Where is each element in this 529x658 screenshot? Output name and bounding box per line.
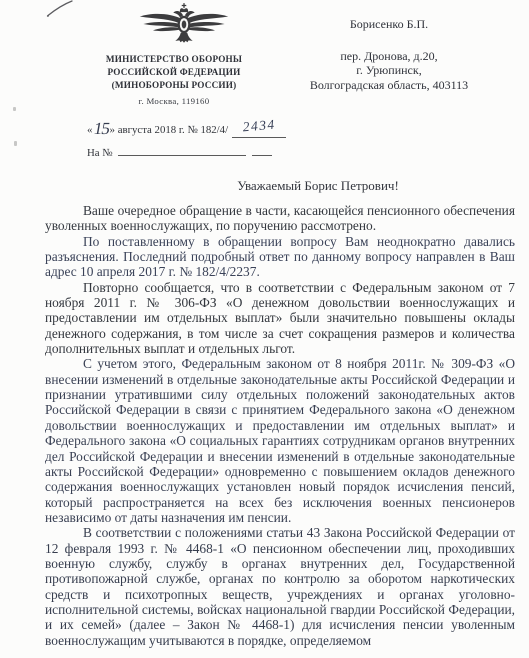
- salutation: Уважаемый Борис Петрович!: [120, 178, 516, 194]
- handwritten-slash-mark: [45, 0, 75, 18]
- body-paragraph: В соответствии с положениями статьи 43 З…: [45, 525, 515, 648]
- addressee-address-line: г. Урюпинск,: [300, 63, 478, 78]
- reply-reference-line: На №: [87, 143, 272, 159]
- reply-label: На №: [87, 147, 113, 159]
- ministry-name-line: МИНИСТЕРСТВО ОБОРОНЫ: [88, 53, 260, 66]
- addressee-name: Борисенко Б.П.: [300, 17, 478, 32]
- addressee-address-line: Волгоградская область, 403113: [300, 78, 478, 93]
- ministry-name-line: РОССИЙСКОЙ ФЕДЕРАЦИИ: [88, 66, 260, 79]
- outgoing-number-underline: 2434: [232, 121, 286, 138]
- body-paragraph: Ваше очередное обращение в части, касающ…: [45, 203, 515, 234]
- body-paragraph: С учетом этого, Федеральным законом от 8…: [45, 356, 515, 525]
- letter-body: Ваше очередное обращение в части, касающ…: [45, 203, 515, 648]
- date-text: августа 2018 г.: [118, 124, 185, 136]
- handwritten-outgoing-number: 2434: [242, 117, 276, 136]
- ministry-name-line: (МИНОБОРОНЫ РОССИИ): [88, 79, 260, 92]
- date-number-line: «15» августа 2018 г. № 182/4/2434: [87, 121, 286, 143]
- reply-number-blank: [118, 143, 246, 156]
- addressee-address-line: пер. Дронова, д.20,: [300, 49, 478, 64]
- body-paragraph: Повторно сообщается, что в соответствии …: [45, 280, 515, 357]
- scan-artifact: [14, 141, 17, 146]
- ministry-city-line: г. Москва, 119160: [88, 96, 260, 106]
- ministry-name: МИНИСТЕРСТВО ОБОРОНЫ РОССИЙСКОЙ ФЕДЕРАЦИ…: [88, 53, 260, 91]
- addressee-block: Борисенко Б.П. пер. Дронова, д.20, г. Ур…: [300, 17, 478, 92]
- body-paragraph: По поставленному в обращении вопросу Вам…: [45, 234, 515, 280]
- ministry-emblem-icon: [138, 3, 230, 45]
- scanned-letter-page: МИНИСТЕРСТВО ОБОРОНЫ РОССИЙСКОЙ ФЕДЕРАЦИ…: [0, 0, 529, 658]
- number-label: № 182/4/: [187, 124, 228, 136]
- scan-artifact: [13, 107, 16, 111]
- reply-date-blank: [252, 143, 272, 156]
- handwritten-day: 15: [91, 124, 110, 134]
